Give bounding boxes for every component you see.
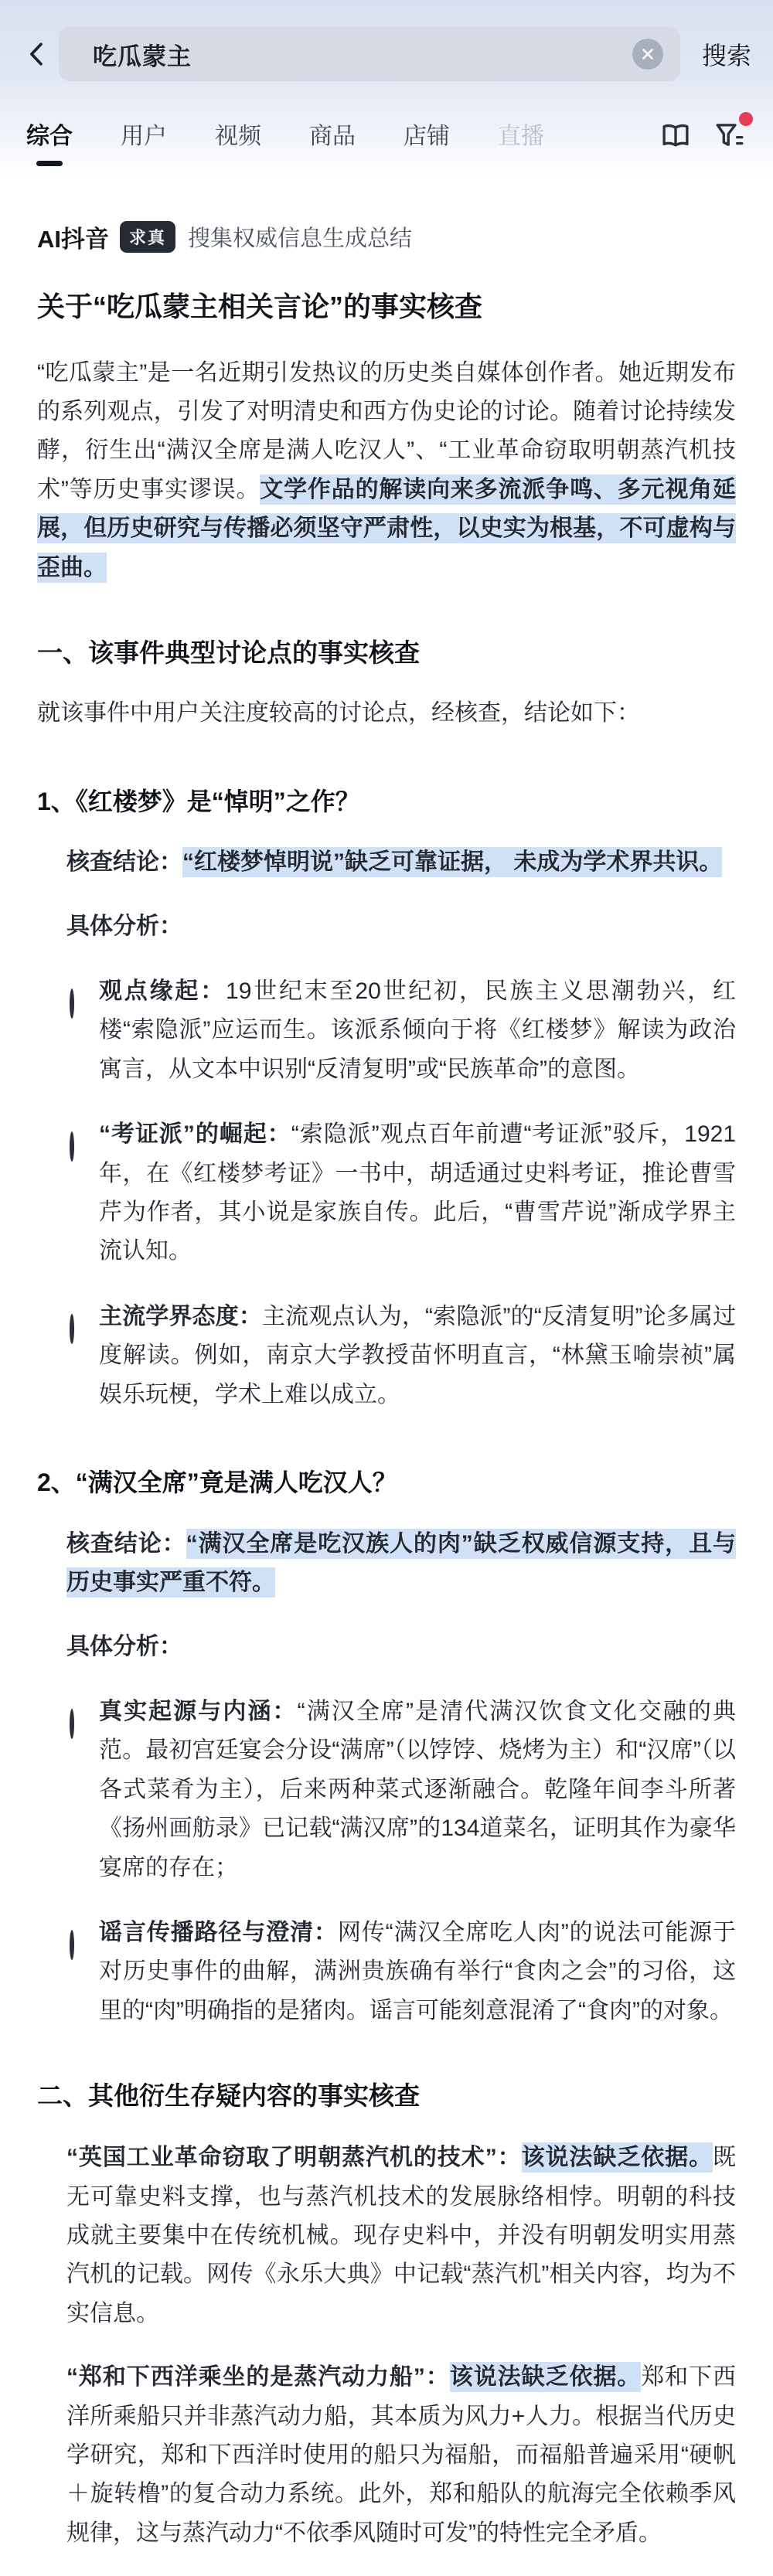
list-item: 核查结论：“满汉全席是吃汉族人的肉”缺乏权威信源支持，且与历史事实严重不符。 (37, 1525, 736, 1603)
article: 关于“吃瓜蒙主相关言论”的事实核查 “吃瓜蒙主”是一名近期引发热议的历史类自媒体… (0, 254, 773, 2553)
clear-search-button[interactable] (632, 39, 663, 70)
filter-icon[interactable] (713, 118, 747, 152)
tab-bar-icons (659, 118, 747, 169)
text-run: 该说法缺乏依据。 (522, 2142, 713, 2173)
tab-店铺[interactable]: 店铺 (404, 117, 450, 171)
text-run: 具体分析： (66, 914, 182, 939)
circle-marker-icon (66, 1298, 99, 1414)
truth-badge: 求真 (120, 221, 175, 253)
list-item: 具体分析：真实起源与内涵：“满汉全席”是清代满汉饮食文化交融的典范。最初宫廷宴会… (37, 1628, 736, 2031)
text-run: “考证派”的崛起： (99, 1121, 291, 1147)
text-run: 真实起源与内涵： (99, 1699, 298, 1724)
ai-subtitle: 搜集权威信息生成总结 (188, 221, 412, 253)
search-input-value: 吃瓜蒙主 (93, 37, 632, 72)
text-run: 就该事件中用户关注度较高的讨论点，经核查，结论如下： (37, 700, 640, 726)
back-button[interactable] (15, 26, 59, 82)
close-icon (639, 46, 656, 63)
section-heading: 二、其他衍生存疑内容的事实核查 (37, 2078, 736, 2114)
list-item: “郑和下西洋乘坐的是蒸汽动力船”：该说法缺乏依据。郑和下西洋所乘船只并非蒸汽动力… (37, 2358, 736, 2553)
sub-list-item: 真实起源与内涵：“满汉全席”是清代满汉饮食文化交融的典范。最初宫廷宴会分设“满席… (66, 1693, 736, 1887)
text-run: “郑和下西洋乘坐的是蒸汽动力船”： (66, 2364, 450, 2390)
text-run: 谣言传播路径与澄清： (99, 1920, 338, 1945)
sub-list: 真实起源与内涵：“满汉全席”是清代满汉饮食文化交融的典范。最初宫廷宴会分设“满席… (66, 1693, 736, 2030)
list-item-text: 核查结论：“满汉全席是吃汉族人的肉”缺乏权威信源支持，且与历史事实严重不符。 (66, 1525, 736, 1603)
notification-dot (739, 112, 753, 126)
circle-marker-icon (66, 972, 99, 1089)
ai-summary-header: AI抖音 求真 搜集权威信息生成总结 (0, 178, 773, 254)
list-item-text: 真实起源与内涵：“满汉全席”是清代满汉饮食文化交融的典范。最初宫廷宴会分设“满席… (99, 1693, 736, 1887)
page-title: 关于“吃瓜蒙主相关言论”的事实核查 (37, 288, 736, 326)
tab-用户[interactable]: 用户 (121, 117, 167, 171)
sub-list-item: 观点缘起：19世纪末至20世纪初，民族主义思潮勃兴，红楼“索隐派”应运而生。该派… (66, 972, 736, 1089)
bullet-marker-icon (37, 1628, 66, 2031)
book-icon[interactable] (659, 118, 693, 152)
tab-视频[interactable]: 视频 (215, 117, 261, 171)
list-item-text: “考证派”的崛起：“索隐派”观点百年前遭“考证派”驳斥，1921年，在《红楼梦考… (99, 1115, 736, 1271)
subsection-heading: 1、《红楼梦》是“悼明”之作？ (37, 784, 736, 819)
bullet-list: 核查结论：“红楼梦悼明说”缺乏可靠证据， 未成为学术界共识。具体分析：观点缘起：… (37, 843, 736, 1414)
sub-list: 观点缘起：19世纪末至20世纪初，民族主义思潮勃兴，红楼“索隐派”应运而生。该派… (66, 972, 736, 1414)
text-run: 具体分析： (66, 1634, 182, 1659)
sub-list-item: 谣言传播路径与澄清：网传“满汉全席吃人肉”的说法可能源于对历史事件的曲解，满洲贵… (66, 1914, 736, 2030)
search-header: 吃瓜蒙主 搜索 (15, 26, 758, 82)
text-run: “英国工业革命窃取了明朝蒸汽机的技术”： (66, 2145, 522, 2170)
list-item-text: 谣言传播路径与澄清：网传“满汉全席吃人肉”的说法可能源于对历史事件的曲解，满洲贵… (99, 1914, 736, 2030)
list-item-text: 具体分析：观点缘起：19世纪末至20世纪初，民族主义思潮勃兴，红楼“索隐派”应运… (66, 907, 736, 1414)
list-item: 具体分析：观点缘起：19世纪末至20世纪初，民族主义思潮勃兴，红楼“索隐派”应运… (37, 907, 736, 1414)
circle-marker-icon (66, 1115, 99, 1271)
text-run: 核查结论： (66, 849, 182, 875)
bullet-marker-icon (37, 2358, 66, 2553)
text-run: 该说法缺乏依据。 (450, 2362, 641, 2392)
text-run: 核查结论： (66, 1531, 186, 1557)
bullet-marker-icon (37, 1525, 66, 1603)
text-run: “满汉全席”是清代满汉饮食文化交融的典范。最初宫廷宴会分设“满席”（以饽饽、烧烤… (99, 1699, 736, 1880)
tab-bar: 综合用户视频商品店铺直播 (15, 110, 758, 178)
paragraph: 就该事件中用户关注度较高的讨论点，经核查，结论如下： (37, 694, 736, 733)
list-item: 核查结论：“红楼梦悼明说”缺乏可靠证据， 未成为学术界共识。 (37, 843, 736, 882)
tab-商品[interactable]: 商品 (309, 117, 356, 171)
circle-marker-icon (66, 1914, 99, 2030)
bullet-marker-icon (37, 907, 66, 1414)
bullet-marker-icon (37, 843, 66, 882)
bullet-list: 核查结论：“满汉全席是吃汉族人的肉”缺乏权威信源支持，且与历史事实严重不符。具体… (37, 1525, 736, 2030)
paragraph: “吃瓜蒙主”是一名近期引发热议的历史类自媒体创作者。她近期发布的系列观点，引发了… (37, 354, 736, 587)
chevron-left-icon (24, 41, 50, 67)
page-header-area: 吃瓜蒙主 搜索 综合用户视频商品店铺直播 (0, 0, 773, 178)
tab-直播[interactable]: 直播 (498, 117, 544, 171)
search-input[interactable]: 吃瓜蒙主 (59, 27, 680, 81)
bullet-marker-icon (37, 2139, 66, 2333)
bullet-list: “英国工业革命窃取了明朝蒸汽机的技术”：该说法缺乏依据。既无可靠史料支撑，也与蒸… (37, 2139, 736, 2553)
circle-marker-icon (66, 1693, 99, 1887)
list-item-text: 主流学界态度：主流观点认为，“索隐派”的“反清复明”论多属过度解读。例如，南京大… (99, 1298, 736, 1414)
article-body: “吃瓜蒙主”是一名近期引发热议的历史类自媒体创作者。她近期发布的系列观点，引发了… (37, 354, 736, 2554)
list-item-text: 观点缘起：19世纪末至20世纪初，民族主义思潮勃兴，红楼“索隐派”应运而生。该派… (99, 972, 736, 1089)
text-run: 主流学界态度： (99, 1304, 262, 1329)
subsection-heading: 2、“满汉全席”竟是满人吃汉人？ (37, 1465, 736, 1500)
list-item-text: “郑和下西洋乘坐的是蒸汽动力船”：该说法缺乏依据。郑和下西洋所乘船只并非蒸汽动力… (66, 2358, 736, 2553)
section-heading: 一、该事件典型讨论点的事实核查 (37, 635, 736, 671)
ai-brand-label: AI抖音 (37, 219, 109, 254)
sub-list-item: 主流学界态度：主流观点认为，“索隐派”的“反清复明”论多属过度解读。例如，南京大… (66, 1298, 736, 1414)
sub-list-item: “考证派”的崛起：“索隐派”观点百年前遭“考证派”驳斥，1921年，在《红楼梦考… (66, 1115, 736, 1271)
list-item: “英国工业革命窃取了明朝蒸汽机的技术”：该说法缺乏依据。既无可靠史料支撑，也与蒸… (37, 2139, 736, 2333)
list-item-text: 核查结论：“红楼梦悼明说”缺乏可靠证据， 未成为学术界共识。 (66, 843, 736, 882)
search-button[interactable]: 搜索 (702, 36, 751, 72)
list-item-text: 具体分析：真实起源与内涵：“满汉全席”是清代满汉饮食文化交融的典范。最初宫廷宴会… (66, 1628, 736, 2031)
text-run: “红楼梦悼明说”缺乏可靠证据， 未成为学术界共识。 (182, 847, 722, 877)
tab-综合[interactable]: 综合 (26, 117, 73, 171)
list-item-text: “英国工业革命窃取了明朝蒸汽机的技术”：该说法缺乏依据。既无可靠史料支撑，也与蒸… (66, 2139, 736, 2333)
text-run: 观点缘起： (99, 978, 226, 1004)
